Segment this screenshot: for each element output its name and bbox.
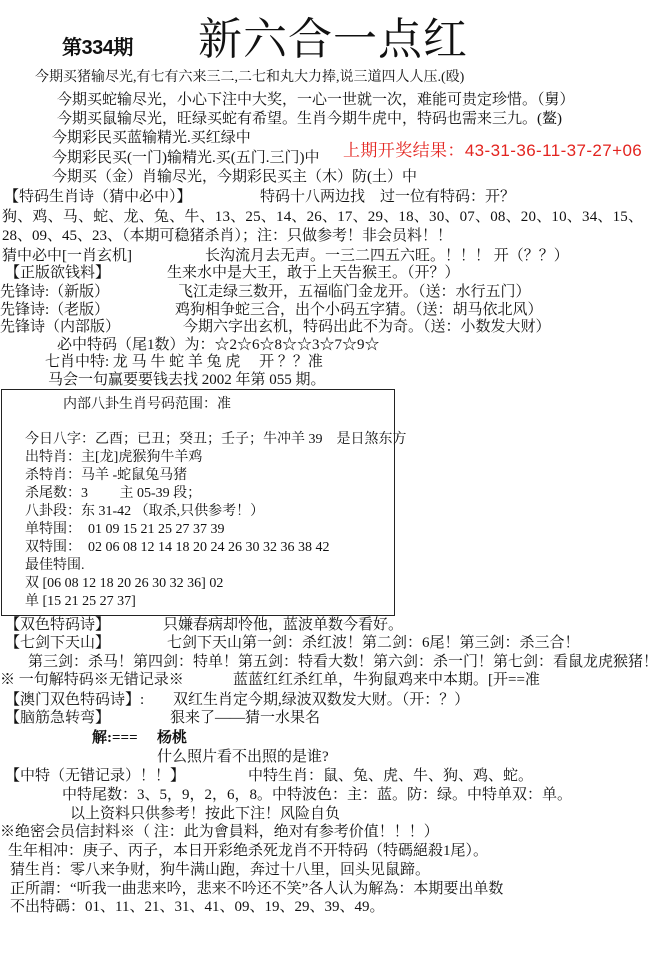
member-line: 猜生肖：零八来争财，狗牛满山跑，奔过十八里，回头见鼠蹄。 [10,861,430,879]
hk-quote-line: 马会一句赢要要钱去找 2002 年第 055 期。 [48,371,326,389]
seven-swords-label: 【七剑下天山】 [5,634,110,652]
intro-line: 今期买（金）肖输尽光，今期彩民买主（木）防(土）中 [52,168,417,186]
macau-poem-text: 双红生肖定今期,绿波双数发大财。（开：？） [173,691,469,709]
disclaimer: 以上资料只供参考！按此下注！风险自负 [70,805,340,823]
bagua-row: 最佳特围. [25,557,85,575]
tail-digits-line: 必中特码（尾1数）为：☆2☆6☆8☆☆3☆7☆9☆ [57,336,380,354]
intro-line: 今期彩民买(一门)输精光.买(五门.三门)中 [52,149,319,167]
last-draw-numbers: 43-31-36-11-37-27+06 [465,141,642,160]
zodiac-number-list-cont: 28、09、45、23、（本期可稳猪杀肖）；注：只做参考！非会员料！！ [2,227,452,245]
pioneer-poem-label: 先锋诗:（新版） [0,283,109,301]
zodiac-number-list: 狗、鸡、马、蛇、龙、兔、牛、13、25、14、26、17、29、18、30、07… [2,208,643,226]
member-line: 不出特碼：01、11、21、31、41、09、19、29、39、49。 [10,898,384,916]
seven-swords-line2: 第三剑：杀马！第四剑：特单！第五剑：特看大数！第六剑：杀一门！第七剑：看鼠龙虎猴… [28,653,653,671]
bagua-row: 杀特肖：马羊 -蛇鼠兔马猪 [25,467,187,485]
winning-tails: 中特尾数：3、5，9，2，6，8。中特波色：主：蓝。防：绿。中特单双：单。 [62,786,572,804]
bagua-row: 出特肖：主[龙]虎猴狗牛羊鸡 [25,449,202,467]
intro-line: 今期彩民买蓝输精光.买红绿中 [52,129,251,147]
bagua-row: 八卦段：东 31-42 （取杀,只供参考！） [25,503,264,521]
winning-zodiacs: 中特生肖：鼠、兔、虎、牛、狗、鸡、蛇。 [248,767,533,785]
member-title: ※绝密会员信封料※（ 注：此为會員料，绝对有参考价值！！！） [0,823,439,841]
riddle-question-2: 什么照片看不出照的是谁? [157,748,329,766]
pioneer-poem-text: 今期六字出玄机，特码出此不为奇。（送：小数发大财） [183,318,551,336]
member-line: 生年相冲：庚子、丙子，本日开彩绝杀死龙肖不开特码（特碼絕殺1尾）。 [8,842,488,860]
bagua-row: 双 [06 08 12 18 20 26 30 32 36] 02 [25,575,223,593]
last-draw-label: 上期开奖结果： [343,141,465,160]
last-draw-result: 上期开奖结果：43-31-36-11-37-27+06 [343,141,642,161]
bagua-row: 杀尾数：3 主 05-39 段； [25,485,201,503]
riddle-answer-label: 解:=== [92,729,138,747]
pioneer-poem-text: 飞江走绿三数开，五福临门金龙开。（送：水行五门） [178,283,531,301]
seven-swords-line1: 七剑下天山第一剑：杀红波！第二剑：6尾！第三剑：杀三合！ [167,634,580,652]
one-sentence-text: 蓝蓝红红杀红单，牛狗鼠鸡来中本期。[开==准 [233,671,540,689]
seven-zodiac-line: 七肖中特: 龙 马 牛 蛇 羊 兔 虎 开 ？？准 [45,353,323,371]
intro-line: 今期买鼠输尽光，旺绿买蛇有希望。生肖今期牛虎中，特码也需来三九。(鳌) [57,110,562,128]
one-sentence-label: ※ 一句解特码※无错记录※ [0,671,184,689]
pioneer-poem-label: 先锋诗:（老版） [0,301,109,319]
bagua-row: 单 [15 21 25 27 37] [25,593,136,611]
riddle-question: 狠来了——猜一水果名 [170,709,320,727]
macau-poem-label: 【澳门双色特码诗】: [5,691,144,709]
pioneer-poem-text: 鸡狗相争蛇三合，出个小码五字猜。（送：胡马依北风） [175,301,543,319]
double-color-text: 只嫌春病却怜他，蓝波单数今看好。 [163,616,403,634]
riddle-answer: 杨桃 [157,729,187,747]
zhengban-label: 【正版欲钱料】 [5,264,110,282]
lottery-info-page: 第334期 新六合一点红 今期买猪输尽光,有七有六来三二,二七和丸大力捧,说三道… [0,0,653,955]
intro-line: 今期买猪输尽光,有七有六来三二,二七和丸大力捧,说三道四人人压.(殴) [35,69,464,87]
one-zodiac-text: 长沟流月去无声。一三二四五六旺。！！！ 开（？？） [205,247,569,265]
bagua-row: 今日八字：乙酉；已丑；癸丑；壬子；牛冲羊 39 是日煞东方 [25,431,407,449]
one-zodiac-label: 猜中必中[一肖玄机] [2,247,132,265]
intro-line: 今期买蛇输尽光，小心下注中大奖，一心一世就一次，难能可贵定珍惜。（舅） [57,91,575,109]
bagua-row: 双特围： 02 06 08 12 14 18 20 24 26 30 32 36… [25,539,330,557]
bagua-box-title: 内部八卦生肖号码范围：准 [63,396,231,414]
zodiac-poem-label: 【特码生肖诗（猜中必中）】 [4,188,192,206]
bagua-row: 单特围： 01 09 15 21 25 27 37 39 [25,521,225,539]
pioneer-poem-label: 先锋诗（内部版） [0,318,120,336]
zodiac-poem-text: 特码十八两边找 过一位有特码：开？ [260,188,515,206]
zhengban-text: 生来水中是大王，敢于上天告猴王。（开？） [167,264,460,282]
issue-number: 第334期 [62,36,133,60]
double-color-label: 【双色特码诗】 [5,616,110,634]
riddle-label: 【脑筋急转弯】 [5,709,110,727]
member-line: 正所謂：“听我一曲悲来吟，悲来不吟还不笑”各人认为解為：本期要出单数 [10,880,503,898]
page-title: 新六合一点红 [198,14,468,66]
winning-label: 【中特（无错记录）！！】 [5,767,185,785]
